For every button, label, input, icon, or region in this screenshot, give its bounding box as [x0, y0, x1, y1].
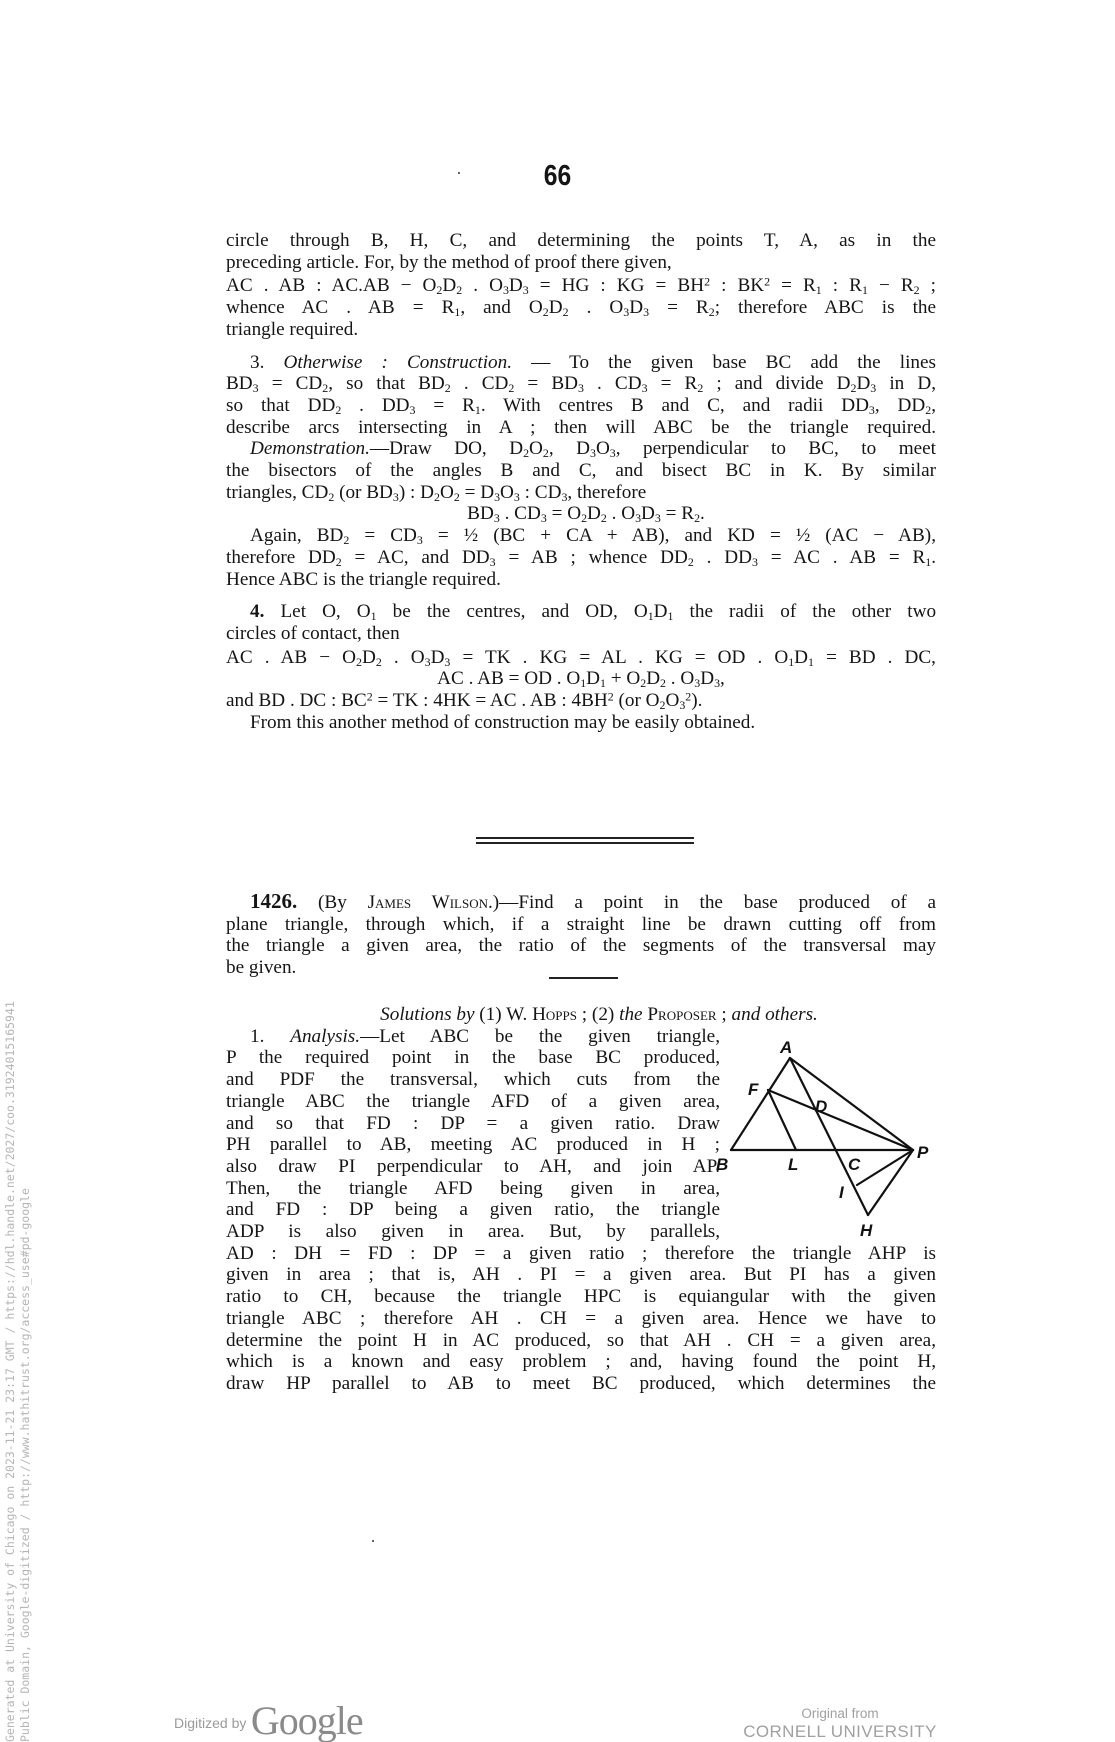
section-4-line: 4. Let O, O1 be the centres, and OD, O1D…	[226, 601, 936, 623]
text-line: the bisectors of the angles B and C, and…	[226, 460, 936, 482]
text-line: ratio to CH, because the triangle HPC is…	[226, 1286, 936, 1308]
text-line: be given.	[226, 957, 936, 979]
text-line: Again, BD2 = CD3 = ½ (BC + CA + AB), and…	[226, 525, 936, 547]
question-1426: 1426. (By James Wilson.)—Find a point in…	[226, 891, 936, 979]
text-line: draw HP parallel to AB to meet BC produc…	[226, 1373, 936, 1395]
short-divider	[549, 977, 618, 979]
watermark-line: Public Domain, Google-digitized / http:/…	[18, 1001, 33, 1742]
text-line: and so that FD : DP = a given ratio. Dra…	[226, 1113, 720, 1135]
text-line: PH parallel to AB, meeting AC produced i…	[226, 1134, 720, 1156]
triangle-figure: A F D B L C P I H	[700, 1030, 940, 1245]
label-P: P	[917, 1143, 929, 1162]
text-line: given in area ; that is, AH . PI = a giv…	[226, 1264, 936, 1286]
text-line: triangle ABC ; therefore AH . CH = a giv…	[226, 1308, 936, 1330]
scan-speck	[458, 172, 460, 174]
label-L: L	[788, 1155, 798, 1174]
solutions-heading: Solutions by (1) W. Hopps ; (2) the Prop…	[226, 1004, 936, 1026]
line-AH	[790, 1058, 868, 1215]
institution-name: CORNELL UNIVERSITY	[740, 1722, 940, 1742]
text-line: ADP is also given in area. But, by paral…	[226, 1221, 720, 1243]
label-B: B	[716, 1155, 728, 1174]
text-line: therefore DD2 = AC, and DD3 = AB ; whenc…	[226, 547, 936, 569]
label-D: D	[815, 1097, 827, 1116]
page-number: 66	[84, 160, 1032, 193]
text-line: Then, the triangle AFD being given in ar…	[226, 1178, 720, 1200]
text-line: circles of contact, then	[226, 623, 936, 645]
text-line: describe arcs intersecting in A ; then w…	[226, 417, 936, 439]
text-line: From this another method of construction…	[226, 712, 936, 734]
equation-line: BD3 . CD3 = O2D2 . O3D3 = R2.	[226, 503, 936, 525]
line-AB	[731, 1058, 790, 1150]
text-line: triangles, CD2 (or BD3) : D2O2 = D3O3 : …	[226, 482, 936, 504]
label-F: F	[748, 1080, 759, 1099]
text-line: BD3 = CD2, so that BD2 . CD2 = BD3 . CD3…	[226, 373, 936, 395]
text-line: plane triangle, through which, if a stra…	[226, 914, 936, 936]
label-I: I	[839, 1183, 845, 1202]
scan-speck	[706, 1235, 708, 1237]
text-line: whence AC . AB = R1, and O2D2 . O3D3 = R…	[226, 297, 936, 319]
text-line: Demonstration.—Draw DO, D2O2, D3O3, perp…	[226, 438, 936, 460]
original-from: Original from CORNELL UNIVERSITY	[740, 1706, 940, 1742]
equation-line: AC . AB : AC.AB − O2D2 . O3D3 = HG : KG …	[226, 275, 936, 297]
label-H: H	[860, 1221, 873, 1240]
text-line: circle through B, H, C, and determining …	[226, 230, 936, 252]
digitized-by-google: Digitized by Google	[174, 1697, 363, 1742]
equation-line: and BD . DC : BC2 = TK : 4HK = AC . AB :…	[226, 690, 936, 712]
analysis-narrow-block: 1. Analysis.—Let ABC be the given triang…	[226, 1026, 720, 1243]
equation-line: AC . AB = OD . O1D1 + O2D2 . O3D3,	[226, 668, 936, 690]
text-line: AD : DH = FD : DP = a given ratio ; ther…	[226, 1243, 936, 1265]
text-line: preceding article. For, by the method of…	[226, 252, 936, 274]
text-line: the triangle a given area, the ratio of …	[226, 935, 936, 957]
text-line: P the required point in the base BC prod…	[226, 1047, 720, 1069]
text-line: Hence ABC is the triangle required.	[226, 569, 936, 591]
article-continuation: circle through B, H, C, and determining …	[226, 230, 936, 733]
watermark-line: Generated at University of Chicago on 20…	[3, 1001, 18, 1742]
line-AP	[790, 1058, 913, 1150]
line-FP	[768, 1090, 913, 1150]
google-logo: Google	[251, 1698, 363, 1742]
label-C: C	[848, 1155, 861, 1174]
equation-line: AC . AB − O2D2 . O3D3 = TK . KG = AL . K…	[226, 647, 936, 669]
text-line: determine the point H in AC produced, so…	[226, 1330, 936, 1352]
line-HP	[868, 1150, 913, 1215]
text-line: which is a known and easy problem ; and,…	[226, 1351, 936, 1373]
question-heading-line: 1426. (By James Wilson.)—Find a point in…	[226, 891, 936, 914]
text-line: so that DD2 . DD3 = R1. With centres B a…	[226, 395, 936, 417]
text-line: and PDF the transversal, which cuts from…	[226, 1069, 720, 1091]
text-line: triangle ABC the triangle AFD of a given…	[226, 1091, 720, 1113]
line-IP	[857, 1150, 913, 1185]
text-line: and FD : DP being a given ratio, the tri…	[226, 1199, 720, 1221]
scan-speck	[372, 1540, 374, 1542]
section-divider	[476, 837, 694, 844]
hathitrust-watermark: Generated at University of Chicago on 20…	[3, 1001, 33, 1742]
label-A: A	[779, 1038, 792, 1057]
section-3-heading-line: 3. Otherwise : Construction. — To the gi…	[226, 352, 936, 374]
text-line: 1. Analysis.—Let ABC be the given triang…	[226, 1026, 720, 1048]
text-line: triangle required.	[226, 319, 936, 341]
text-line: also draw PI perpendicular to AH, and jo…	[226, 1156, 720, 1178]
